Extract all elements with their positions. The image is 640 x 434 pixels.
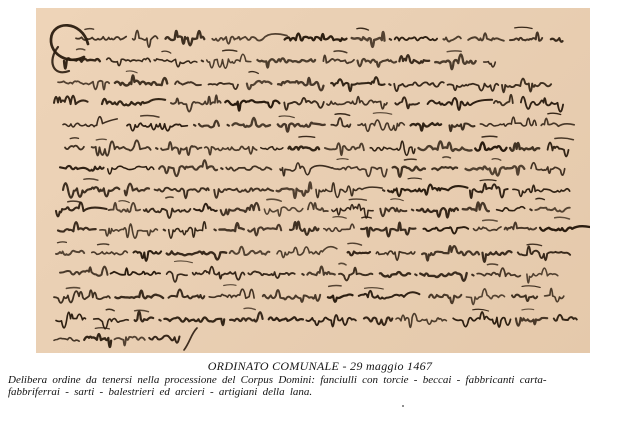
book-page: ORDINATO COMUNALE - 29 maggio 1467 Delib…: [0, 0, 640, 434]
handwriting-script: [36, 8, 590, 353]
caption-body: Delibera ordine da tenersi nella process…: [8, 374, 636, 398]
manuscript-scan: [36, 8, 590, 353]
ink-speck: [402, 405, 404, 407]
caption-title: ORDINATO COMUNALE - 29 maggio 1467: [0, 360, 640, 373]
caption-body-line1: Delibera ordine da tenersi nella process…: [8, 374, 547, 386]
caption-body-line2: fabbriferrai - sarti - balestrieri ed ar…: [8, 386, 312, 398]
